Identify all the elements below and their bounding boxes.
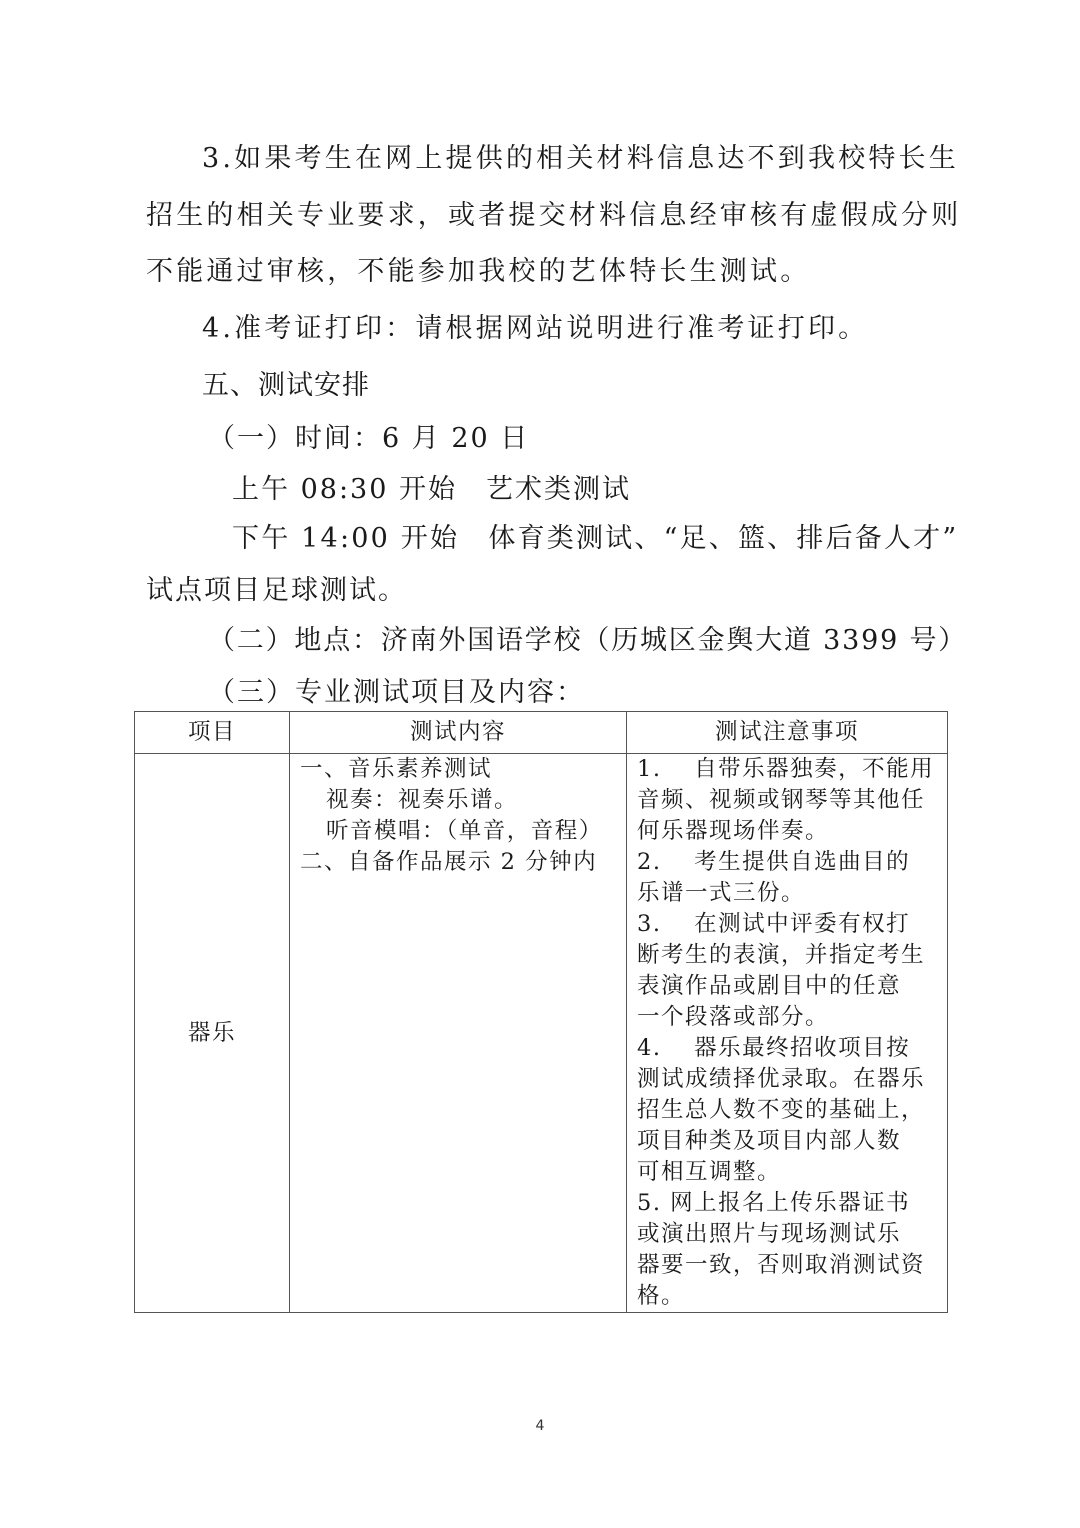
paragraph-item3-line3: 不能通过审核，不能参加我校的艺体特长生测试。: [146, 258, 810, 285]
notes-line: 2. 考生提供自选曲目的: [637, 847, 943, 878]
notes-line: 器要一致，否则取消测试资: [637, 1250, 943, 1281]
test-location: （二）地点：济南外国语学校（历城区金舆大道 3399 号）: [208, 627, 967, 654]
page-number: 4: [0, 1418, 1080, 1434]
paragraph-item3-line2: 招生的相关专业要求，或者提交材料信息经审核有虚假成分则: [146, 202, 961, 229]
test-time: （一）时间：6 月 20 日: [208, 425, 529, 452]
notes-line: 测试成绩择优录取。在器乐: [637, 1064, 943, 1095]
content-line: 一、音乐素养测试: [300, 754, 626, 785]
paragraph-item4: 4.准考证打印：请根据网站说明进行准考证打印。: [202, 315, 868, 342]
content-line: 视奏：视奏乐谱。: [300, 785, 626, 816]
notes-line: 何乐器现场伴奏。: [637, 816, 943, 847]
morning-schedule: 上午 08:30 开始 艺术类测试: [232, 476, 631, 503]
notes-line: 格。: [637, 1281, 943, 1312]
notes-line: 乐谱一式三份。: [637, 878, 943, 909]
content-line: 二、自备作品展示 2 分钟内: [300, 847, 626, 878]
notes-line: 项目种类及项目内部人数: [637, 1126, 943, 1157]
notes-line: 表演作品或剧目中的任意: [637, 971, 943, 1002]
content-line: 听音模唱：（单音，音程）: [300, 816, 626, 847]
cell-notes: 1. 自带乐器独奏，不能用 音频、视频或钢琴等其他任 何乐器现场伴奏。 2. 考…: [627, 754, 948, 1313]
notes-line: 招生总人数不变的基础上，: [637, 1095, 943, 1126]
table-header-row: 项目 测试内容 测试注意事项: [135, 712, 948, 754]
afternoon-schedule-line1: 下午 14:00 开始 体育类测试、“足、篮、排后备人才”: [232, 525, 958, 552]
cell-item: 器乐: [135, 754, 290, 1313]
notes-line: 音频、视频或钢琴等其他任: [637, 785, 943, 816]
header-item: 项目: [135, 712, 290, 754]
notes-line: 5. 网上报名上传乐器证书: [637, 1188, 943, 1219]
afternoon-schedule-line2: 试点项目足球测试。: [146, 577, 407, 604]
header-content: 测试内容: [290, 712, 627, 754]
paragraph-item3-line1: 3.如果考生在网上提供的相关材料信息达不到我校特长生: [202, 145, 959, 172]
notes-line: 3. 在测试中评委有权打: [637, 909, 943, 940]
test-items-label: （三）专业测试项目及内容：: [208, 679, 585, 706]
notes-line: 4. 器乐最终招收项目按: [637, 1033, 943, 1064]
notes-line: 1. 自带乐器独奏，不能用: [637, 754, 943, 785]
notes-line: 可相互调整。: [637, 1157, 943, 1188]
header-notes: 测试注意事项: [627, 712, 948, 754]
cell-content: 一、音乐素养测试 视奏：视奏乐谱。 听音模唱：（单音，音程） 二、自备作品展示 …: [290, 754, 627, 1313]
notes-line: 或演出照片与现场测试乐: [637, 1219, 943, 1250]
notes-line: 一个段落或部分。: [637, 1002, 943, 1033]
notes-line: 断考生的表演，并指定考生: [637, 940, 943, 971]
table-row: 器乐 一、音乐素养测试 视奏：视奏乐谱。 听音模唱：（单音，音程） 二、自备作品…: [135, 754, 948, 1313]
section-heading: 五、测试安排: [202, 372, 370, 399]
test-items-table: 项目 测试内容 测试注意事项 器乐 一、音乐素养测试 视奏：视奏乐谱。 听音模唱…: [134, 711, 948, 1313]
